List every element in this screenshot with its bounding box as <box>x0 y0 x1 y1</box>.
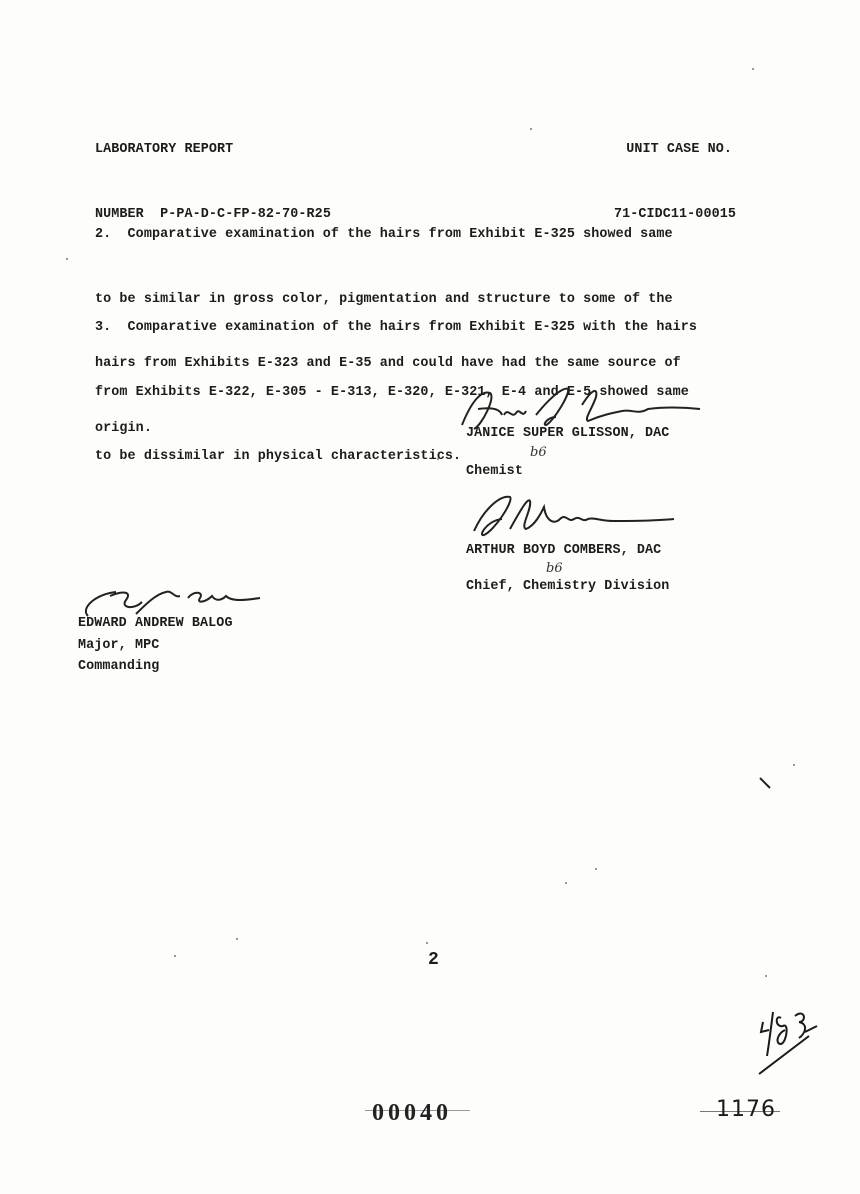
scan-speck <box>66 258 68 260</box>
report-title: LABORATORY REPORT <box>95 139 331 161</box>
signature-block-chief: ARTHUR BOYD COMBERS, DAC b6 Chief, Chemi… <box>466 493 669 597</box>
redaction-code: b6 <box>466 562 669 576</box>
scan-mark-icon <box>758 776 774 792</box>
scan-speck <box>595 868 597 870</box>
handwritten-number: 1176 <box>716 1097 776 1122</box>
handwritten-signature-icon <box>452 385 712 435</box>
signature-block-commanding: EDWARD ANDREW BALOG Major, MPC Commandin… <box>78 588 233 678</box>
signer-title: Commanding <box>78 656 233 678</box>
signer-title: Chemist <box>466 461 669 483</box>
signer-title: Chief, Chemistry Division <box>466 576 669 598</box>
handwritten-signature-icon <box>464 491 694 541</box>
case-title: UNIT CASE NO. <box>596 139 736 161</box>
handwritten-mark-icon <box>755 998 825 1078</box>
paragraph-line: 3. Comparative examination of the hairs … <box>95 317 697 339</box>
page-number: 2 <box>428 950 439 972</box>
scan-speck <box>793 764 795 766</box>
signer-rank: Major, MPC <box>78 635 233 657</box>
scan-speck <box>565 882 567 884</box>
scan-speck <box>765 975 767 977</box>
handwritten-signature-icon <box>76 584 286 624</box>
scan-speck <box>236 938 238 940</box>
paragraph-line: 2. Comparative examination of the hairs … <box>95 224 681 246</box>
scan-speck <box>174 955 176 957</box>
redaction-code: b6 <box>466 445 669 461</box>
scan-speck <box>426 942 428 944</box>
signature-block-chemist: JANICE SUPER GLISSON, DAC b6 Chemist <box>466 385 669 482</box>
scan-speck <box>437 458 439 460</box>
scan-speck <box>530 128 532 130</box>
document-page: LABORATORY REPORT NUMBER P-PA-D-C-FP-82-… <box>0 0 860 1194</box>
scan-speck <box>752 68 754 70</box>
bates-number: 00040 <box>372 1100 452 1127</box>
